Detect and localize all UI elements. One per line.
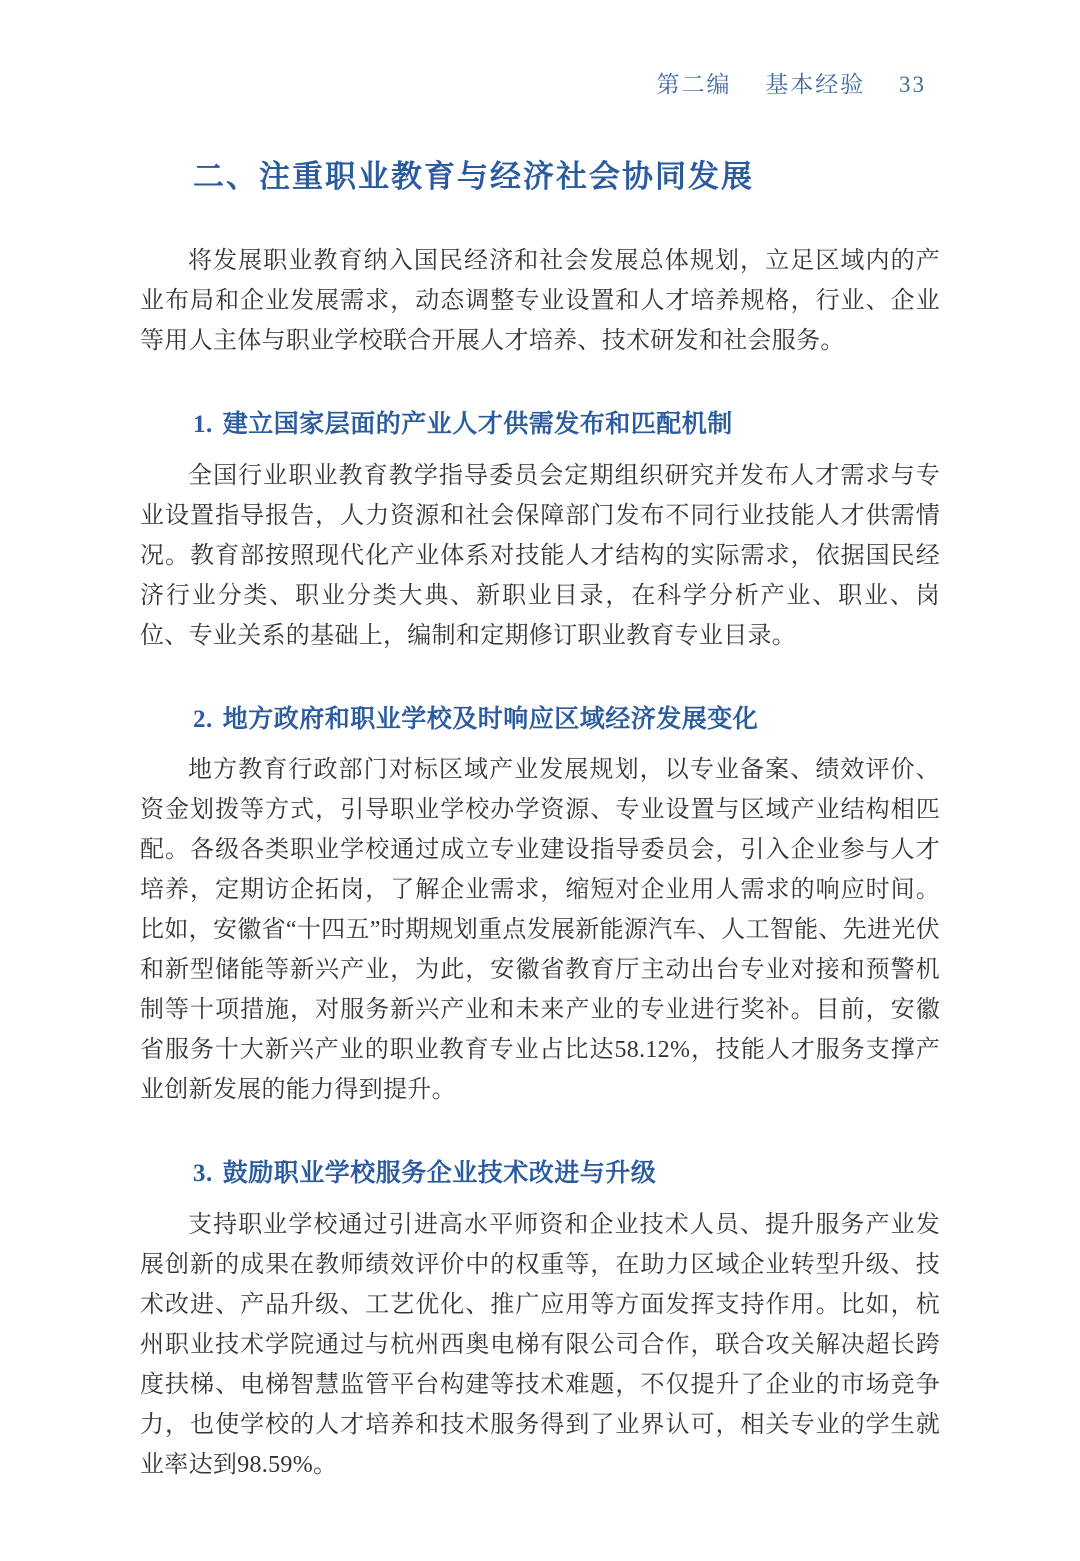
subsection-3-heading-text: 鼓励职业学校服务企业技术改进与升级 [223,1160,657,1187]
intro-paragraph: 将发展职业教育纳入国民经济和社会发展总体规划，立足区域内的产业布局和企业发展需求… [140,241,940,361]
header-section-label: 第二编 [657,72,732,97]
subsection-2-heading: 2.地方政府和职业学校及时响应区域经济发展变化 [193,704,940,737]
subsection-1-heading-text: 建立国家层面的产业人才供需发布和匹配机制 [223,411,733,438]
subsection-1-body: 全国行业职业教育教学指导委员会定期组织研究并发布人才需求与专业设置指导报告，人力… [140,456,940,656]
subsection-2: 2.地方政府和职业学校及时响应区域经济发展变化 地方教育行政部门对标区域产业发展… [140,704,940,1111]
subsection-1-heading: 1.建立国家层面的产业人才供需发布和匹配机制 [193,409,940,442]
section-title: 二、注重职业教育与经济社会协同发展 [193,158,940,195]
subsection-2-number: 2. [193,706,213,733]
subsection-3-heading: 3.鼓励职业学校服务企业技术改进与升级 [193,1158,940,1191]
subsection-3-number: 3. [193,1160,213,1187]
book-page: 第二编 基本经验 33 二、注重职业教育与经济社会协同发展 将发展职业教育纳入国… [0,0,1080,1561]
header-page-number: 33 [899,72,926,97]
subsection-1: 1.建立国家层面的产业人才供需发布和匹配机制 全国行业职业教育教学指导委员会定期… [140,409,940,656]
subsection-1-number: 1. [193,411,213,438]
header-chapter-label: 基本经验 [765,72,865,97]
subsection-2-body: 地方教育行政部门对标区域产业发展规划，以专业备案、绩效评价、资金划拨等方式，引导… [140,750,940,1110]
running-header: 第二编 基本经验 33 [140,70,940,100]
subsection-3-body: 支持职业学校通过引进高水平师资和企业技术人员、提升服务产业发展创新的成果在教师绩… [140,1205,940,1485]
subsection-3: 3.鼓励职业学校服务企业技术改进与升级 支持职业学校通过引进高水平师资和企业技术… [140,1158,940,1485]
subsection-2-heading-text: 地方政府和职业学校及时响应区域经济发展变化 [223,706,759,733]
